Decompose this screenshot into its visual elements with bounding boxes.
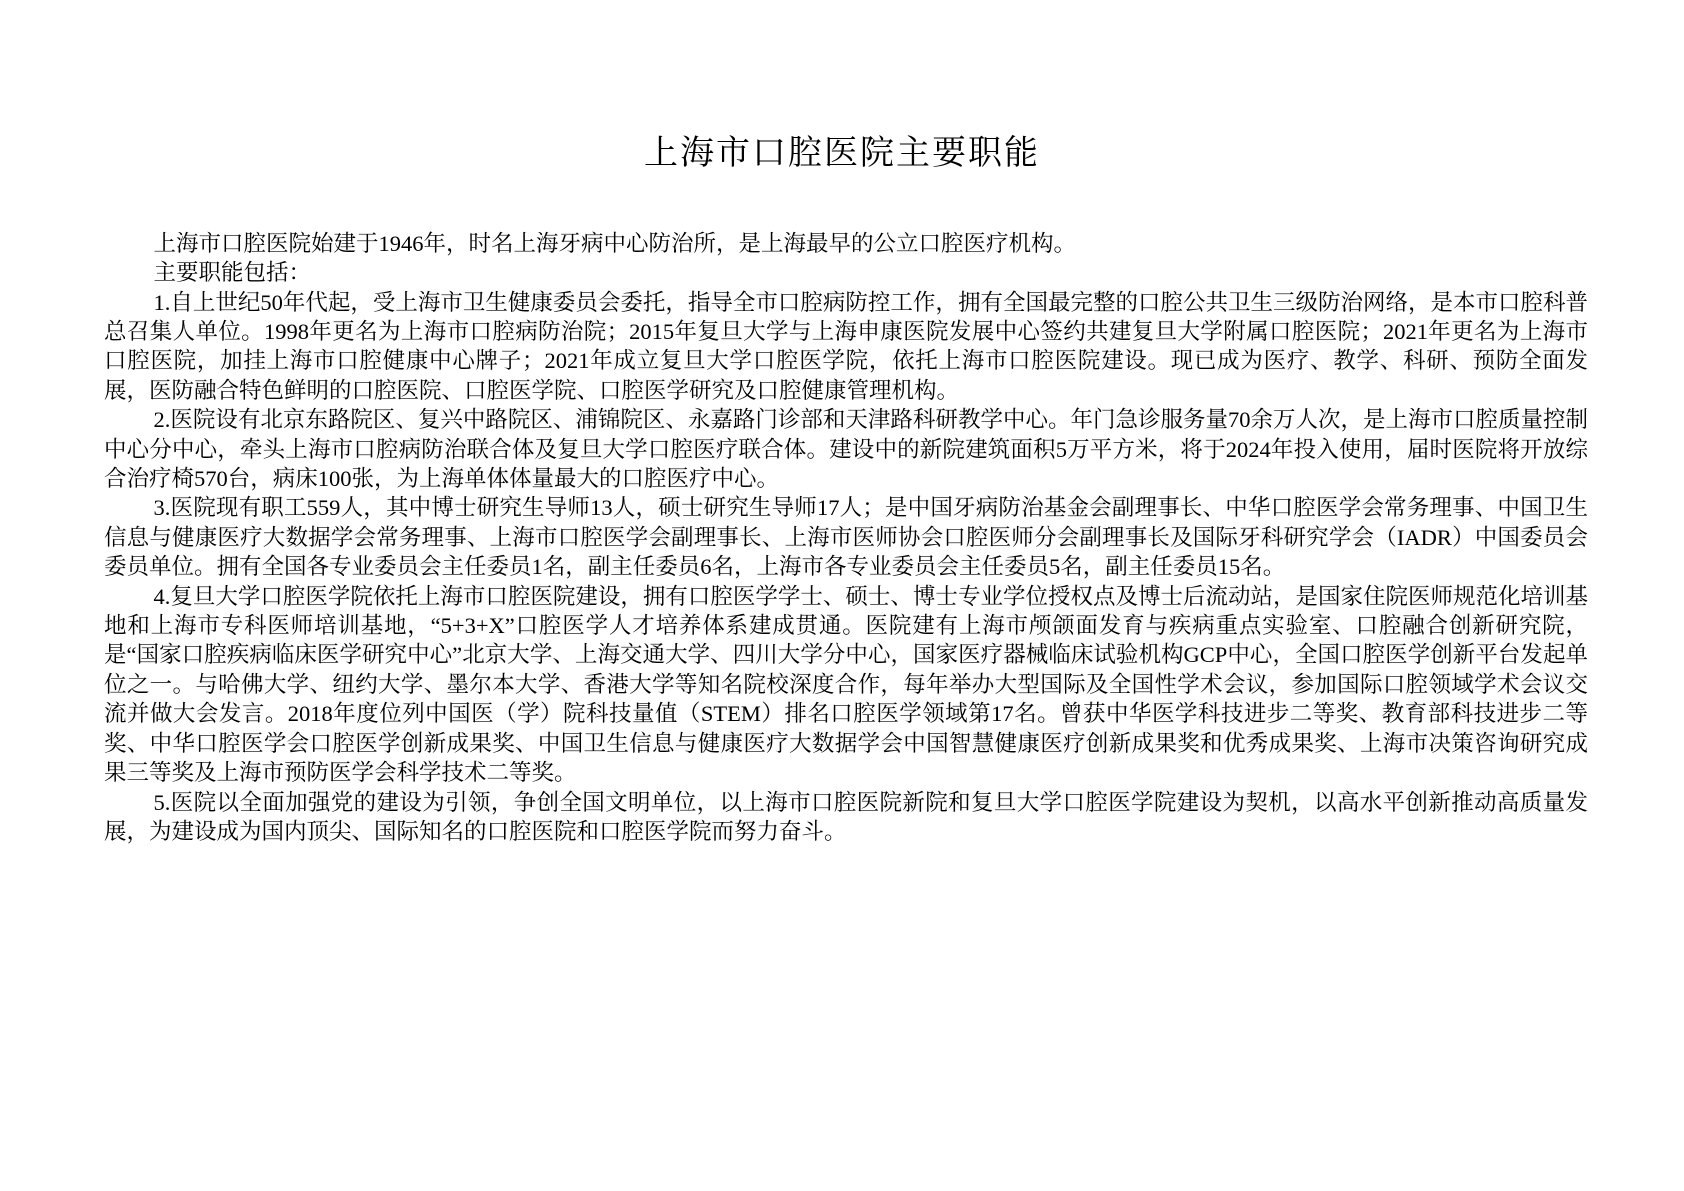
paragraph-item-5: 5.医院以全面加强党的建设为引领，争创全国文明单位，以上海市口腔医院新院和复旦大…: [104, 788, 1588, 847]
paragraph-functions-label: 主要职能包括：: [104, 258, 1588, 287]
paragraph-item-3: 3.医院现有职工559人，其中博士研究生导师13人，硕士研究生导师17人；是中国…: [104, 493, 1588, 581]
document-body: 上海市口腔医院始建于1946年，时名上海牙病中心防治所，是上海最早的公立口腔医疗…: [0, 229, 1684, 847]
paragraph-item-2: 2.医院设有北京东路院区、复兴中路院区、浦锦院区、永嘉路门诊部和天津路科研教学中…: [104, 405, 1588, 493]
document-page: 上海市口腔医院主要职能 上海市口腔医院始建于1946年，时名上海牙病中心防治所，…: [0, 0, 1684, 1191]
paragraph-item-1: 1.自上世纪50年代起，受上海市卫生健康委员会委托，指导全市口腔病防控工作，拥有…: [104, 288, 1588, 406]
paragraph-intro: 上海市口腔医院始建于1946年，时名上海牙病中心防治所，是上海最早的公立口腔医疗…: [104, 229, 1588, 258]
paragraph-item-4: 4.复旦大学口腔医学院依托上海市口腔医院建设，拥有口腔医学学士、硕士、博士专业学…: [104, 582, 1588, 788]
document-title: 上海市口腔医院主要职能: [0, 0, 1684, 175]
